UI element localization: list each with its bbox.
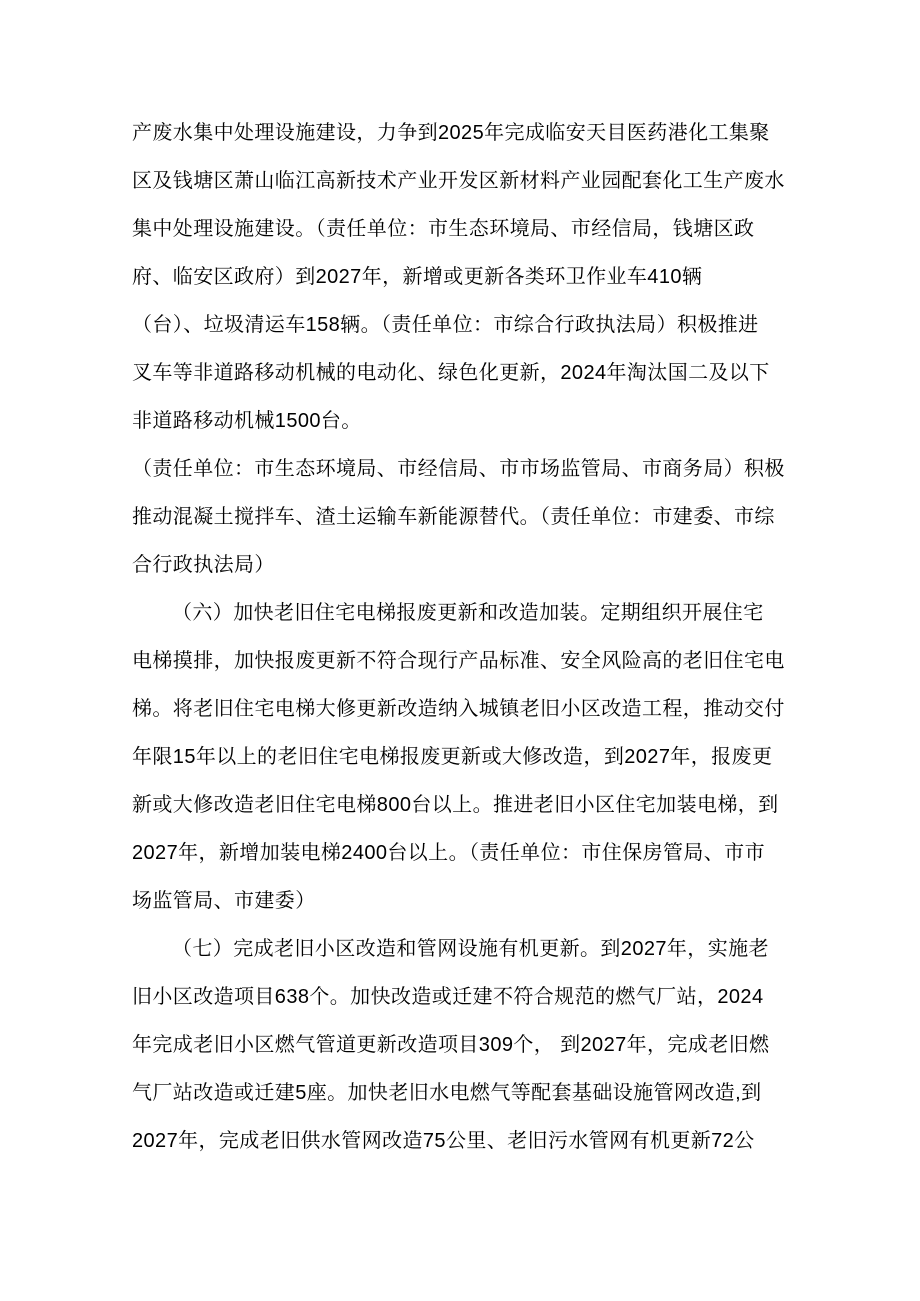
text-line: 府、临安区政府）到2027年，新增或更新各类环卫作业车410辆 bbox=[132, 253, 792, 301]
text-line: 产废水集中处理设施建设，力争到2025年完成临安天目医药港化工集聚 bbox=[132, 109, 792, 157]
text-line: 集中处理设施建设。（责任单位：市生态环境局、市经信局，钱塘区政 bbox=[132, 205, 792, 253]
text-line-section-heading-6: （六）加快老旧住宅电梯报废更新和改造加装。定期组织开展住宅 bbox=[132, 589, 792, 637]
text-line: 梯。将老旧住宅电梯大修更新改造纳入城镇老旧小区改造工程，推动交付 bbox=[132, 685, 792, 733]
text-line: 2027年，新增加装电梯2400台以上。（责任单位：市住保房管局、市市 bbox=[132, 829, 792, 877]
text-line: 电梯摸排，加快报废更新不符合现行产品标准、安全风险高的老旧住宅电 bbox=[132, 637, 792, 685]
document-page: 产废水集中处理设施建设，力争到2025年完成临安天目医药港化工集聚 区及钱塘区萧… bbox=[0, 0, 920, 1301]
text-line: 非道路移动机械1500台。 bbox=[132, 397, 792, 445]
text-line: （台）、垃圾清运车158辆。（责任单位：市综合行政执法局）积极推进 bbox=[132, 301, 792, 349]
text-line: （责任单位：市生态环境局、市经信局、市市场监管局、市商务局）积极 bbox=[132, 445, 792, 493]
text-line: 2027年，完成老旧供水管网改造75公里、老旧污水管网有机更新72公 bbox=[132, 1117, 792, 1165]
text-line-section-heading-7: （七）完成老旧小区改造和管网设施有机更新。到2027年，实施老 bbox=[132, 925, 792, 973]
text-line: 气厂站改造或迁建5座。加快老旧水电燃气等配套基础设施管网改造,到 bbox=[132, 1069, 792, 1117]
text-line: 新或大修改造老旧住宅电梯800台以上。推进老旧小区住宅加装电梯，到 bbox=[132, 781, 792, 829]
document-text-block: 产废水集中处理设施建设，力争到2025年完成临安天目医药港化工集聚 区及钱塘区萧… bbox=[132, 109, 792, 1165]
text-line: 区及钱塘区萧山临江高新技术产业开发区新材料产业园配套化工生产废水 bbox=[132, 157, 792, 205]
text-line: 场监管局、市建委） bbox=[132, 877, 792, 925]
text-line: 年限15年以上的老旧住宅电梯报废更新或大修改造，到2027年，报废更 bbox=[132, 733, 792, 781]
text-line: 旧小区改造项目638个。加快改造或迁建不符合规范的燃气厂站，2024 bbox=[132, 973, 792, 1021]
text-line: 年完成老旧小区燃气管道更新改造项目309个， 到2027年，完成老旧燃 bbox=[132, 1021, 792, 1069]
text-line: 推动混凝土搅拌车、渣土运输车新能源替代。（责任单位：市建委、市综 bbox=[132, 493, 792, 541]
text-line: 叉车等非道路移动机械的电动化、绿色化更新，2024年淘汰国二及以下 bbox=[132, 349, 792, 397]
text-line: 合行政执法局） bbox=[132, 541, 792, 589]
